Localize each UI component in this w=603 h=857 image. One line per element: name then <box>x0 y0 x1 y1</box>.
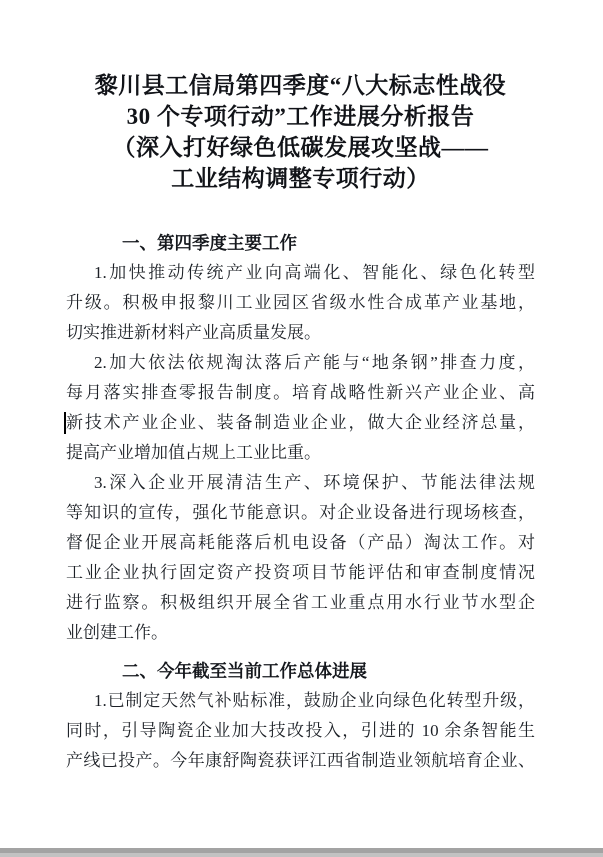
text-line[interactable]: 1.已制定天然气补贴标准，鼓励企业向绿色化转型升级， <box>66 686 535 716</box>
section-overall-progress: 二、今年截至当前工作总体进展 1.已制定天然气补贴标准，鼓励企业向绿色化转型升级… <box>66 656 535 776</box>
text-line[interactable]: 升级。积极申报黎川工业园区省级水性合成革产业基地， <box>66 288 535 318</box>
paragraph-1: 1.加快推动传统产业向高端化、智能化、绿色化转型 升级。积极申报黎川工业园区省级… <box>66 258 535 348</box>
text-line[interactable]: 产线已投产。今年康舒陶瓷获评江西省制造业领航培育企业、 <box>66 746 535 776</box>
section-2-heading[interactable]: 二、今年截至当前工作总体进展 <box>66 656 535 686</box>
title-line-1[interactable]: 黎川县工信局第四季度“八大标志性战役 <box>66 70 535 101</box>
text-line[interactable]: 工业企业执行固定资产投资项目节能评估和审查制度情况 <box>66 558 535 588</box>
document-page[interactable]: 黎川县工信局第四季度“八大标志性战役 30 个专项行动”工作进展分析报告 （深入… <box>0 0 603 848</box>
section-1-heading[interactable]: 一、第四季度主要工作 <box>66 228 535 258</box>
text-line[interactable]: 提高产业增加值占规上工业比重。 <box>66 438 535 468</box>
section-quarter-work: 一、第四季度主要工作 1.加快推动传统产业向高端化、智能化、绿色化转型 升级。积… <box>66 228 535 648</box>
paragraph-2: 2.加大依法依规淘汰落后产能与“地条钢”排查力度， 每月落实排查零报告制度。培育… <box>66 348 535 468</box>
text-line[interactable]: 切实推进新材料产业高质量发展。 <box>66 318 535 348</box>
text-line[interactable]: 同时，引导陶瓷企业加大技改投入，引进的 10 余条智能生 <box>66 716 535 746</box>
text-line[interactable]: 业创建工作。 <box>66 618 535 648</box>
text-line[interactable]: 3.深入企业开展清洁生产、环境保护、节能法律法规 <box>66 468 535 498</box>
title-line-3[interactable]: （深入打好绿色低碳发展攻坚战—— <box>66 132 535 163</box>
title-line-2[interactable]: 30 个专项行动”工作进展分析报告 <box>66 101 535 132</box>
text-line[interactable]: 进行监察。积极组织开展全省工业重点用水行业节水型企 <box>66 588 535 618</box>
document-title: 黎川县工信局第四季度“八大标志性战役 30 个专项行动”工作进展分析报告 （深入… <box>66 70 535 194</box>
app-background-below-page <box>0 853 603 857</box>
text-cursor-caret <box>64 412 66 434</box>
text-line[interactable]: 1.加快推动传统产业向高端化、智能化、绿色化转型 <box>66 258 535 288</box>
text-line[interactable]: 新技术产业企业、装备制造业企业，做大企业经济总量， <box>66 408 535 438</box>
paragraph-3: 3.深入企业开展清洁生产、环境保护、节能法律法规 等知识的宣传，强化节能意识。对… <box>66 468 535 648</box>
title-line-4[interactable]: 工业结构调整专项行动） <box>66 163 535 194</box>
paragraph-4: 1.已制定天然气补贴标准，鼓励企业向绿色化转型升级， 同时，引导陶瓷企业加大技改… <box>66 686 535 776</box>
text-line[interactable]: 2.加大依法依规淘汰落后产能与“地条钢”排查力度， <box>66 348 535 378</box>
text-line[interactable]: 每月落实排查零报告制度。培育战略性新兴产业企业、高 <box>66 378 535 408</box>
text-line[interactable]: 督促企业开展高耗能落后机电设备（产品）淘汰工作。对 <box>66 528 535 558</box>
document-viewport: 黎川县工信局第四季度“八大标志性战役 30 个专项行动”工作进展分析报告 （深入… <box>0 0 603 857</box>
text-line[interactable]: 等知识的宣传，强化节能意识。对企业设备进行现场核查， <box>66 498 535 528</box>
